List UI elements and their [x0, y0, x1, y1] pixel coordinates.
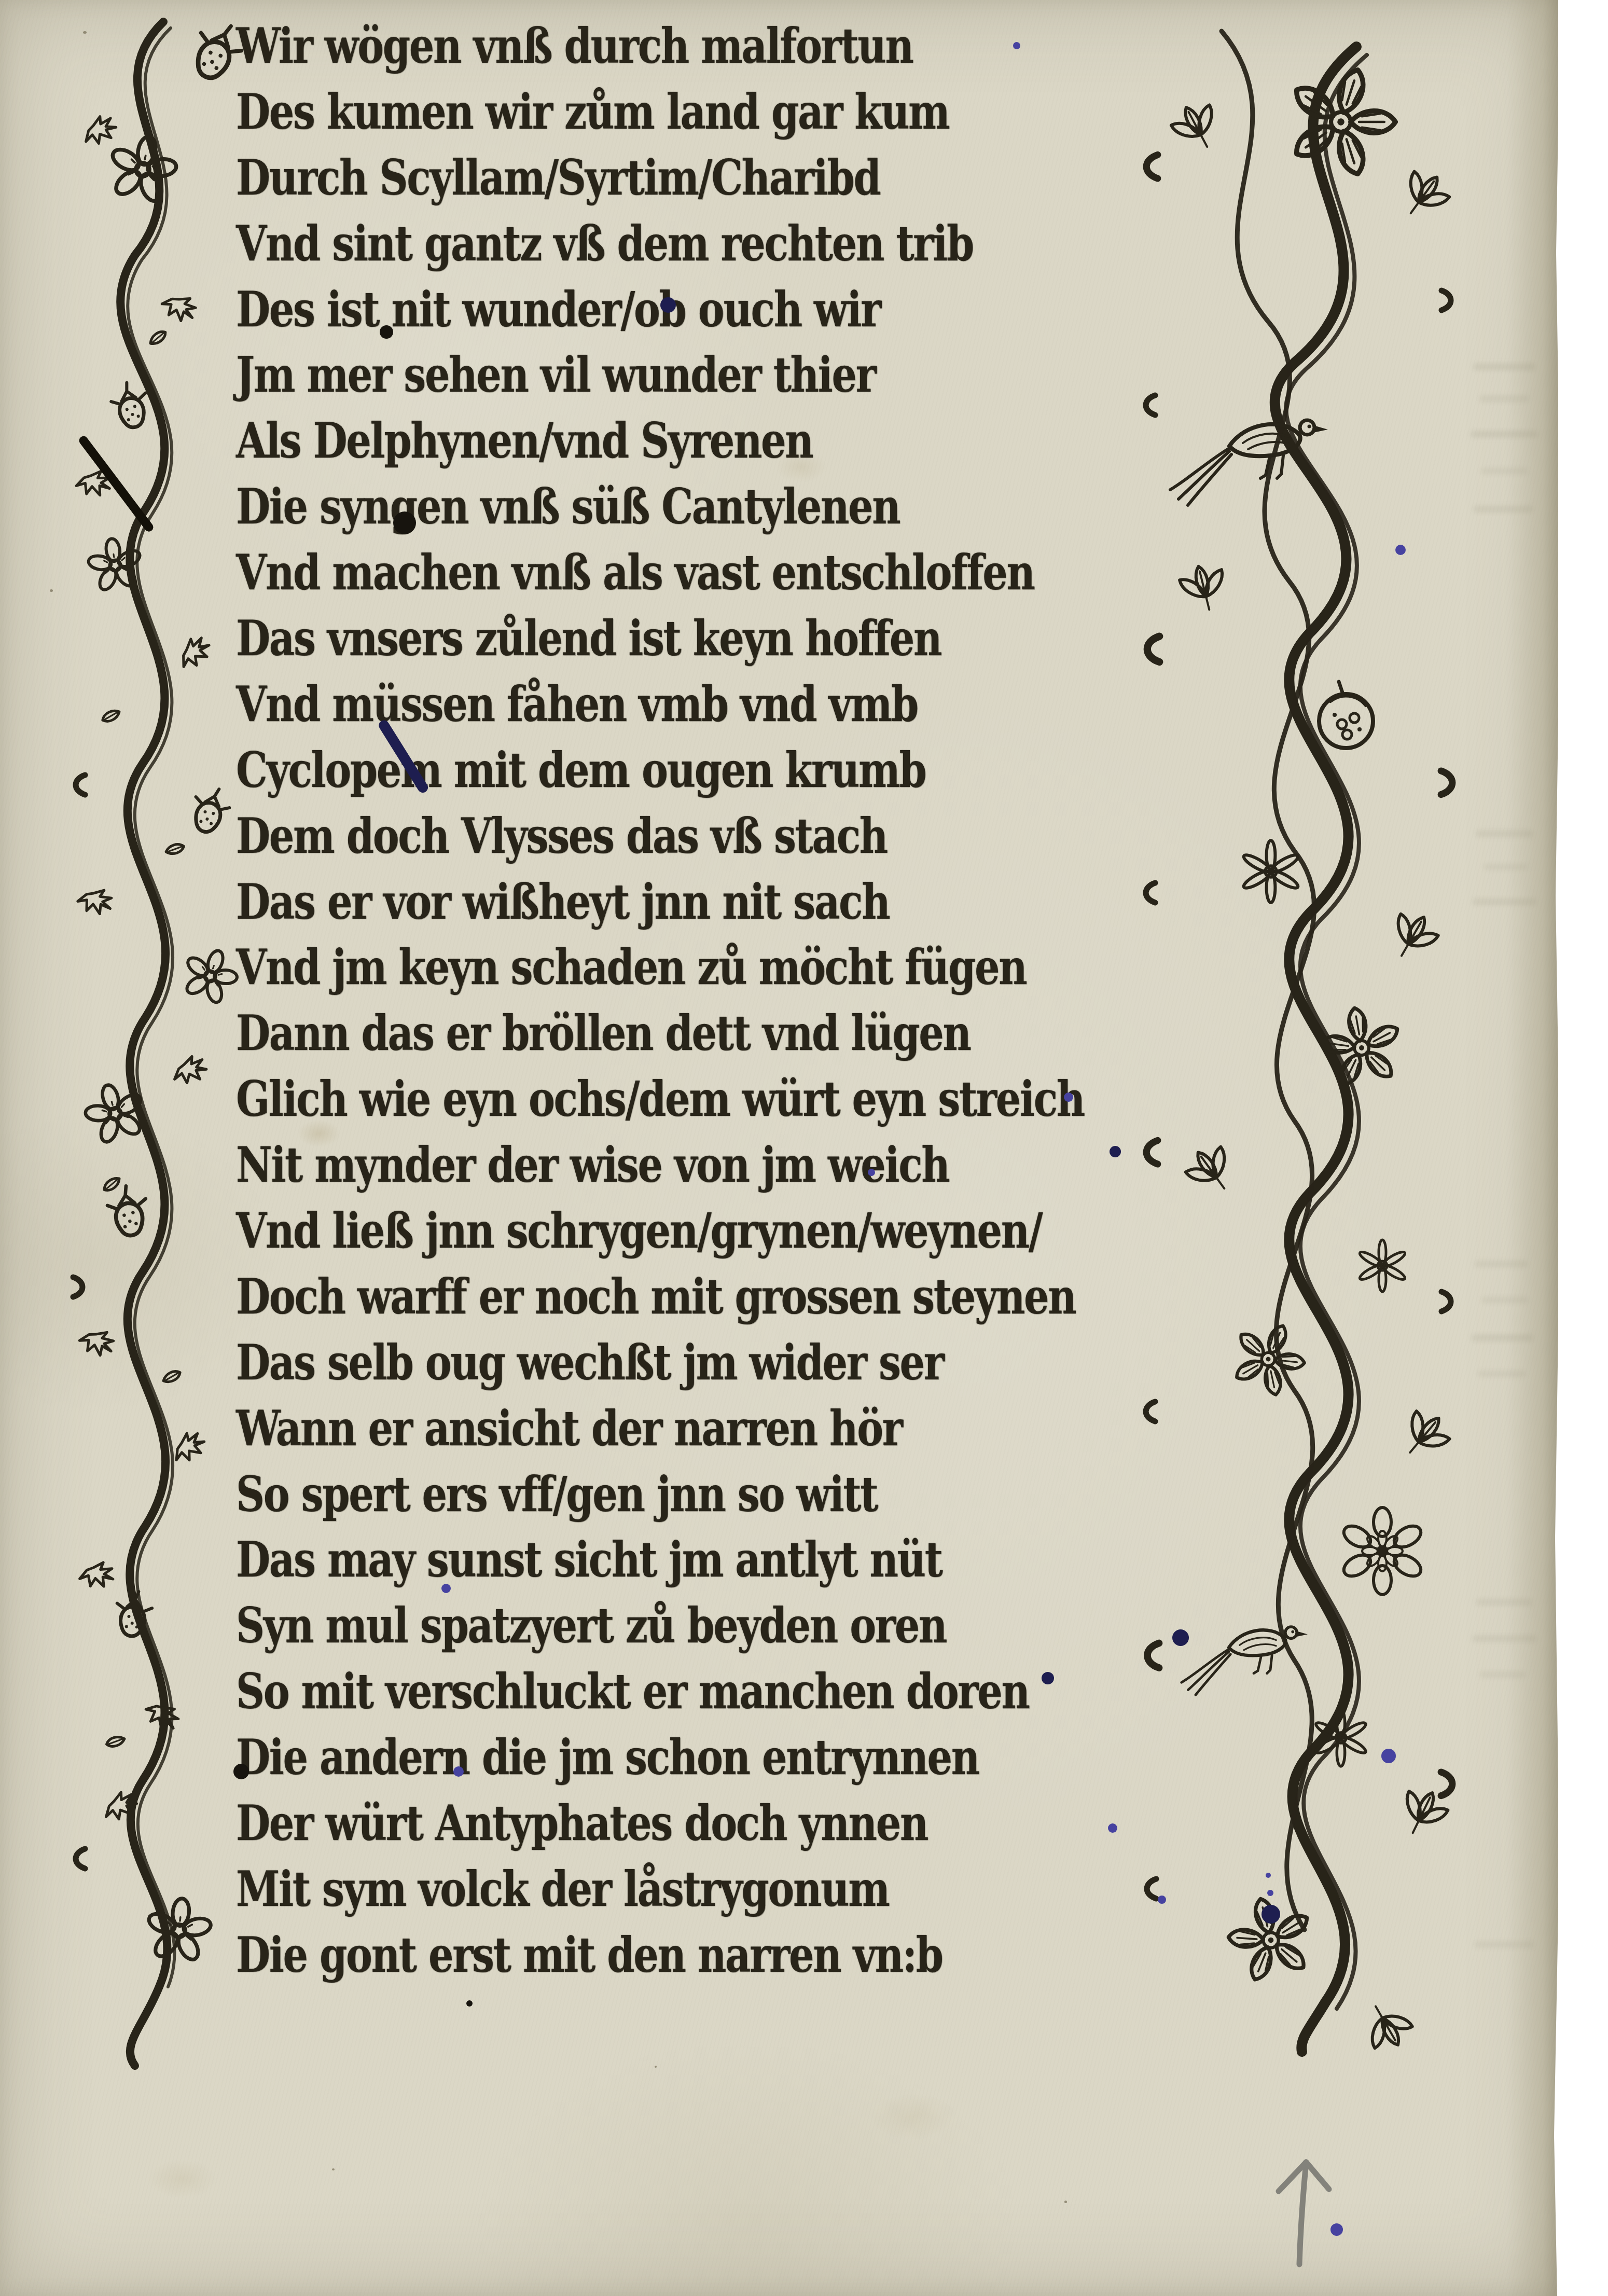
verse-line-02: Des kumen wir zům land gar kum [236, 79, 985, 145]
blue-ink-dot [660, 297, 676, 313]
scanner-background [1553, 0, 1608, 2296]
left-floral-border-woodcut [57, 11, 228, 2079]
paper-stain [135, 2153, 228, 2205]
blue-ink-dot [1262, 1905, 1280, 1924]
verse-line-29: Mit sym volck der låstrygonum [236, 1857, 985, 1922]
verse-line-30: Die gont erst mit den narren vn:b [236, 1922, 985, 1988]
paper-stain [856, 2085, 970, 2148]
verse-line-20: Doch warff er noch mit grossen steynen [236, 1264, 985, 1330]
verse-line-22: Wann er ansicht der narren hör [236, 1396, 985, 1462]
page-edge-shading [1507, 0, 1558, 2296]
verse-line-07: Als Delphynen/vnd Syrenen [236, 408, 985, 474]
blue-ink-dot [453, 1766, 464, 1777]
verse-line-18: Nit mynder der wise von jm weich [236, 1132, 985, 1198]
verse-line-27: Die andern die jm schon entrynnen [236, 1725, 985, 1791]
verse-line-11: Vnd müssen fåhen vmb vnd vmb [236, 672, 985, 738]
blue-ink-dot [1395, 545, 1406, 555]
verse-line-12: Cyclopem mit dem ougen krumb [236, 738, 985, 804]
blue-ink-dot [1108, 1823, 1117, 1833]
right-floral-border-woodcut [1139, 31, 1460, 2059]
verse-line-24: Das may sunst sicht jm antlyt nüt [236, 1527, 985, 1593]
verse-line-28: Der würt Antyphates doch ynnen [236, 1791, 985, 1857]
paper-speck [1064, 2201, 1067, 2203]
verse-line-10: Das vnsers zůlend ist keyn hoffen [236, 606, 985, 672]
verse-line-16: Dann das er bröllen dett vnd lügen [236, 1001, 985, 1067]
verse-line-26: So mit verschluckt er manchen doren [236, 1659, 985, 1725]
paper-stain [290, 1115, 348, 1152]
verse-line-17: Glich wie eyn ochs/dem würt eyn streich [236, 1067, 985, 1132]
blue-ink-dot [1266, 1873, 1271, 1878]
black-ink-blot [393, 511, 416, 534]
verse-line-04: Vnd sint gantz vß dem rechten trib [236, 211, 985, 277]
verse-line-13: Dem doch Vlysses das vß stach [236, 804, 985, 869]
paper-speck [50, 589, 53, 592]
verse-line-21: Das selb oug wechßt jm wider ser [236, 1330, 985, 1396]
verse-line-06: Jm mer sehen vil wunder thier [236, 342, 985, 408]
verse-line-01: Wir wögen vnß durch malfortun [236, 13, 985, 79]
scanned-book-page: Wir wögen vnß durch malfortun Des kumen … [0, 0, 1608, 2296]
blue-ink-dot [1158, 1896, 1166, 1904]
verse-line-05: Des ist nit wunder/ob ouch wir [236, 277, 985, 343]
verse-line-09: Vnd machen vnß als vast entschloffen [236, 540, 985, 606]
paper-speck [332, 2168, 335, 2170]
paper-speck [83, 31, 87, 34]
paper-stain [768, 446, 835, 488]
verse-line-15: Vnd jm keyn schaden zů möcht fügen [236, 935, 985, 1001]
verse-line-23: So spert ers vff/gen jnn so witt [236, 1462, 985, 1528]
blue-ink-dot [1064, 1092, 1073, 1102]
verse-text-block: Wir wögen vnß durch malfortun Des kumen … [236, 13, 1149, 1988]
paper-sheet: Wir wögen vnß durch malfortun Des kumen … [0, 0, 1558, 2296]
blue-ink-dot [1110, 1146, 1121, 1157]
verse-line-03: Durch Scyllam/Syrtim/Charibd [236, 145, 985, 211]
verse-line-14: Das er vor wißheyt jnn nit sach [236, 869, 985, 935]
black-ink-blot [233, 1764, 249, 1779]
verse-line-19: Vnd ließ jnn schrygen/grynen/weynen/ [236, 1198, 985, 1264]
blue-ink-dot [1267, 1890, 1273, 1896]
blue-ink-dot [441, 1584, 451, 1593]
verse-line-25: Syn mul spatzyert zů beyden oren [236, 1593, 985, 1659]
blue-ink-dot [1381, 1749, 1396, 1763]
blue-ink-dot [1042, 1672, 1054, 1684]
verse-line-08: Die syngen vnß süß Cantylenen [236, 474, 985, 540]
blue-ink-dot [868, 1169, 875, 1176]
black-ink-blot [380, 325, 393, 339]
pencil-up-arrow [1250, 2148, 1343, 2272]
black-ink-blot [466, 2000, 473, 2007]
blue-ink-dot [1013, 42, 1020, 49]
paper-speck [655, 2066, 657, 2068]
blue-ink-dot [1172, 1629, 1189, 1646]
